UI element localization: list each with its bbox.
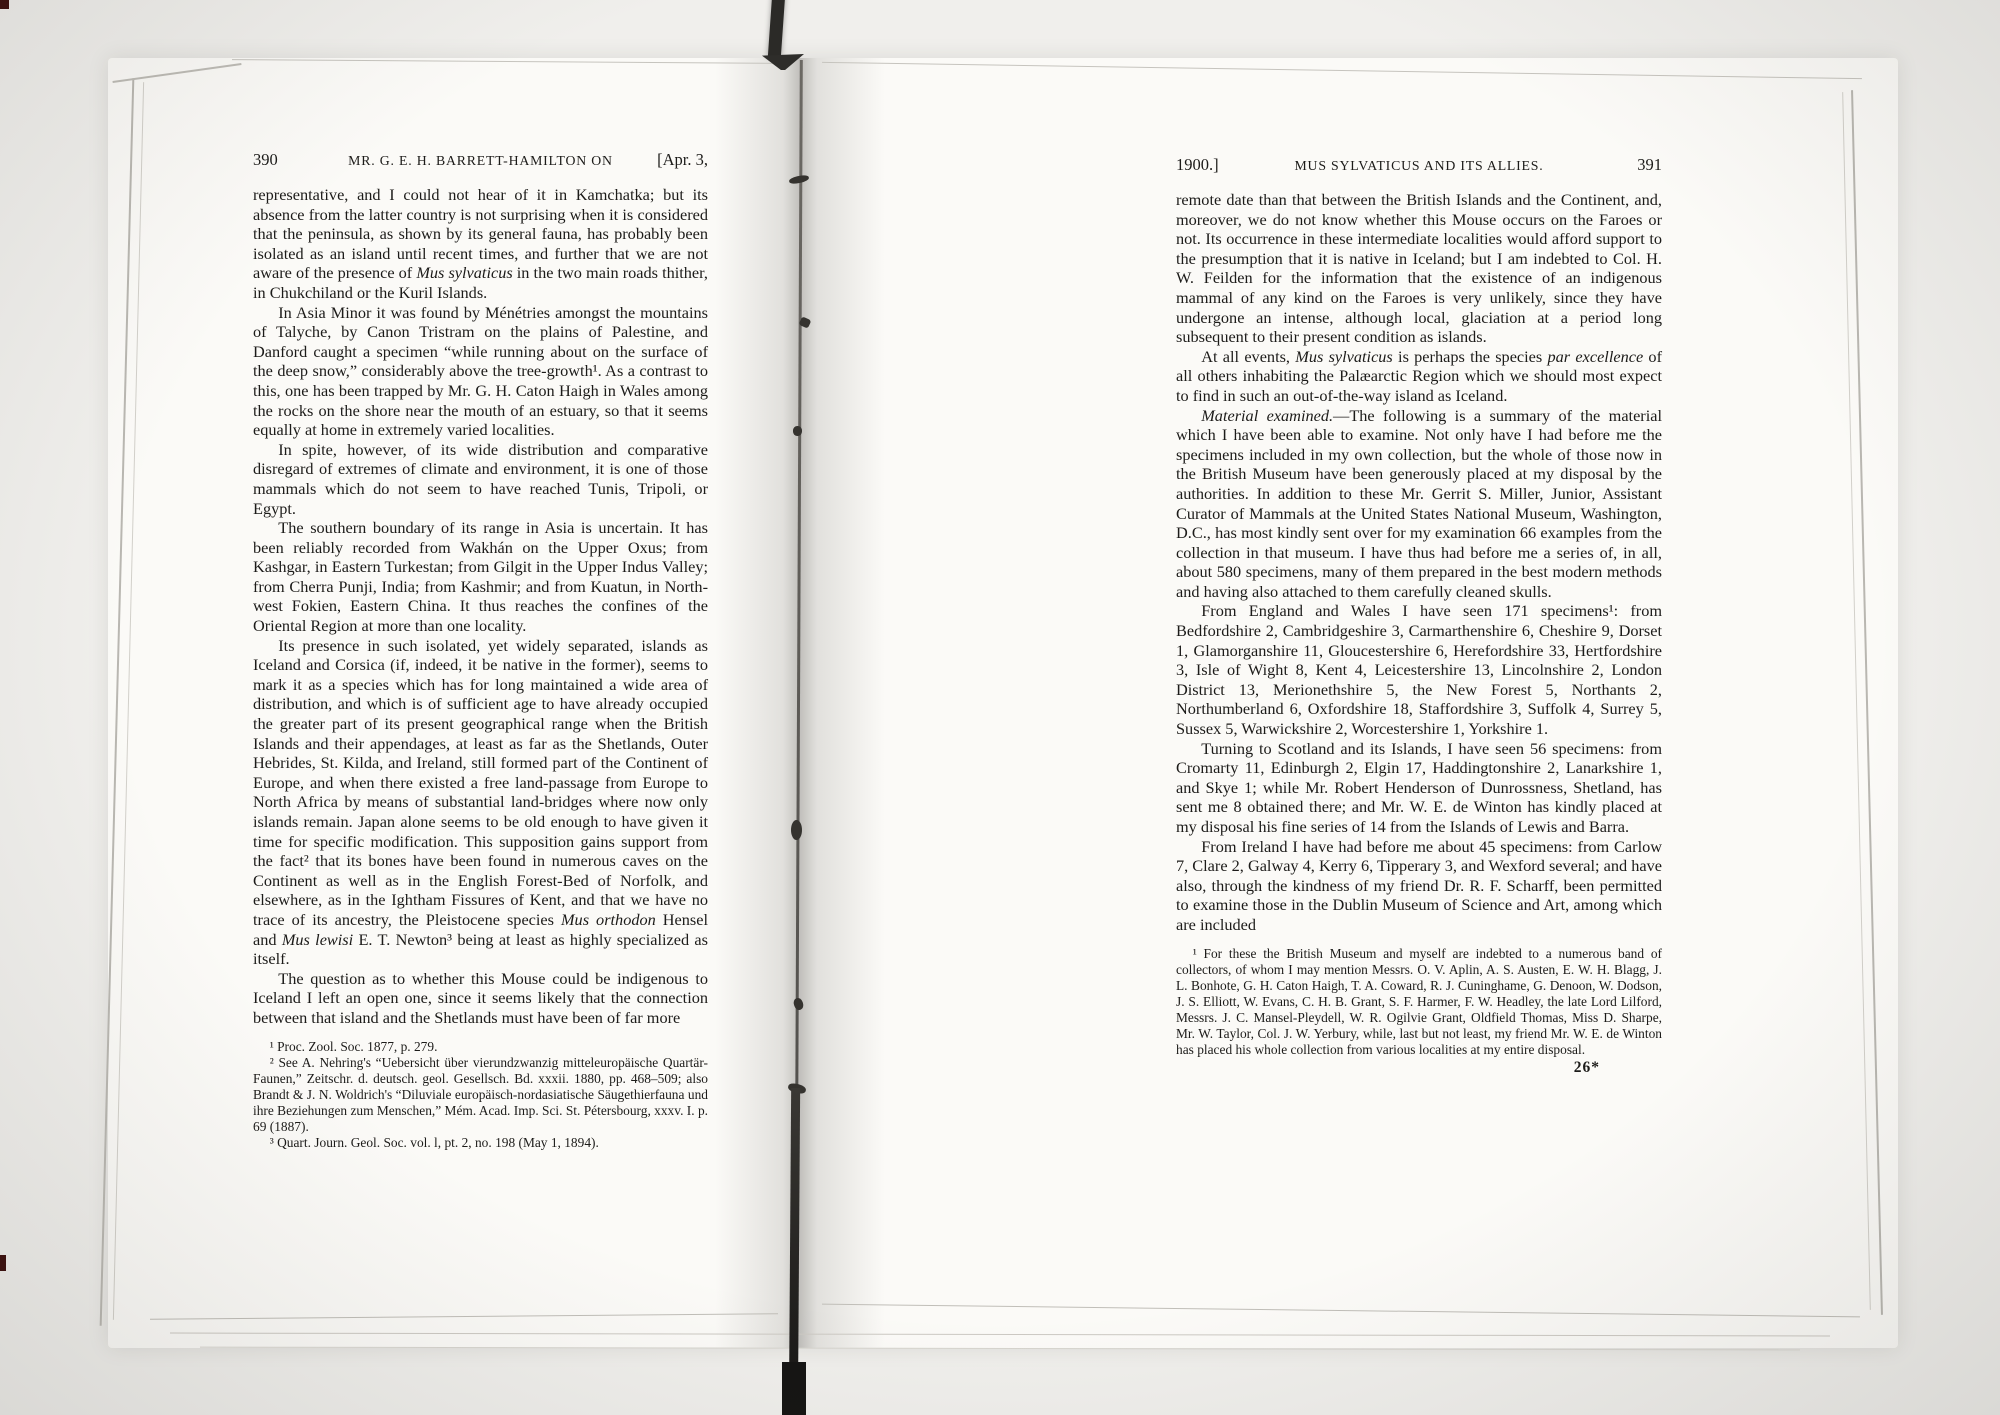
page-number: 391 <box>1637 155 1662 175</box>
paragraph: The southern boundary of its range in As… <box>253 518 708 636</box>
paragraph: Turning to Scotland and its Islands, I h… <box>1176 739 1662 837</box>
right-page-body: remote date than that between the Britis… <box>1176 190 1662 935</box>
right-page-header: 1900.] MUS SYLVATICUS AND ITS ALLIES. 39… <box>1176 155 1662 175</box>
paragraph: remote date than that between the Britis… <box>1176 190 1662 347</box>
page-number: 390 <box>253 150 278 170</box>
paragraph: In spite, however, of its wide distribut… <box>253 440 708 518</box>
date-label: [Apr. 3, <box>657 150 708 170</box>
paragraph: From Ireland I have had before me about … <box>1176 837 1662 935</box>
footnote: ² See A. Nehring's “Uebersicht über vier… <box>253 1055 708 1135</box>
sheet-signature: 26* <box>1176 1059 1662 1077</box>
left-page: 390 MR. G. E. H. BARRETT-HAMILTON ON [Ap… <box>253 150 708 1151</box>
scan-artifact <box>0 1255 6 1271</box>
paragraph: The question as to whether this Mouse co… <box>253 969 708 1028</box>
scan-artifact <box>0 0 9 9</box>
left-page-header: 390 MR. G. E. H. BARRETT-HAMILTON ON [Ap… <box>253 150 708 170</box>
paragraph: From England and Wales I have seen 171 s… <box>1176 601 1662 738</box>
paragraph: At all events, Mus sylvaticus is perhaps… <box>1176 347 1662 406</box>
left-page-body: representative, and I could not hear of … <box>253 185 708 1028</box>
book-scan: 390 MR. G. E. H. BARRETT-HAMILTON ON [Ap… <box>0 0 2000 1415</box>
left-page-footnotes: ¹ Proc. Zool. Soc. 1877, p. 279.² See A.… <box>253 1039 708 1152</box>
paragraph: representative, and I could not hear of … <box>253 185 708 303</box>
footnote: ¹ Proc. Zool. Soc. 1877, p. 279. <box>253 1039 708 1055</box>
binding-tape-bottom-foot <box>782 1362 806 1415</box>
right-page-footnotes: ¹ For these the British Museum and mysel… <box>1176 946 1662 1059</box>
footnote: ¹ For these the British Museum and mysel… <box>1176 946 1662 1059</box>
paragraph: Its presence in such isolated, yet widel… <box>253 636 708 969</box>
paragraph: In Asia Minor it was found by Ménétries … <box>253 303 708 440</box>
spine-stitch <box>791 820 802 840</box>
running-title: MUS SYLVATICUS AND ITS ALLIES. <box>1294 158 1543 174</box>
year-label: 1900.] <box>1176 155 1219 175</box>
spine-stitch <box>793 426 802 436</box>
footnote: ³ Quart. Journ. Geol. Soc. vol. l, pt. 2… <box>253 1135 708 1151</box>
right-page: 1900.] MUS SYLVATICUS AND ITS ALLIES. 39… <box>1176 155 1662 1077</box>
running-title: MR. G. E. H. BARRETT-HAMILTON ON <box>348 153 613 169</box>
paragraph: Material examined.—The following is a su… <box>1176 406 1662 602</box>
binding-tape-top <box>768 0 785 58</box>
